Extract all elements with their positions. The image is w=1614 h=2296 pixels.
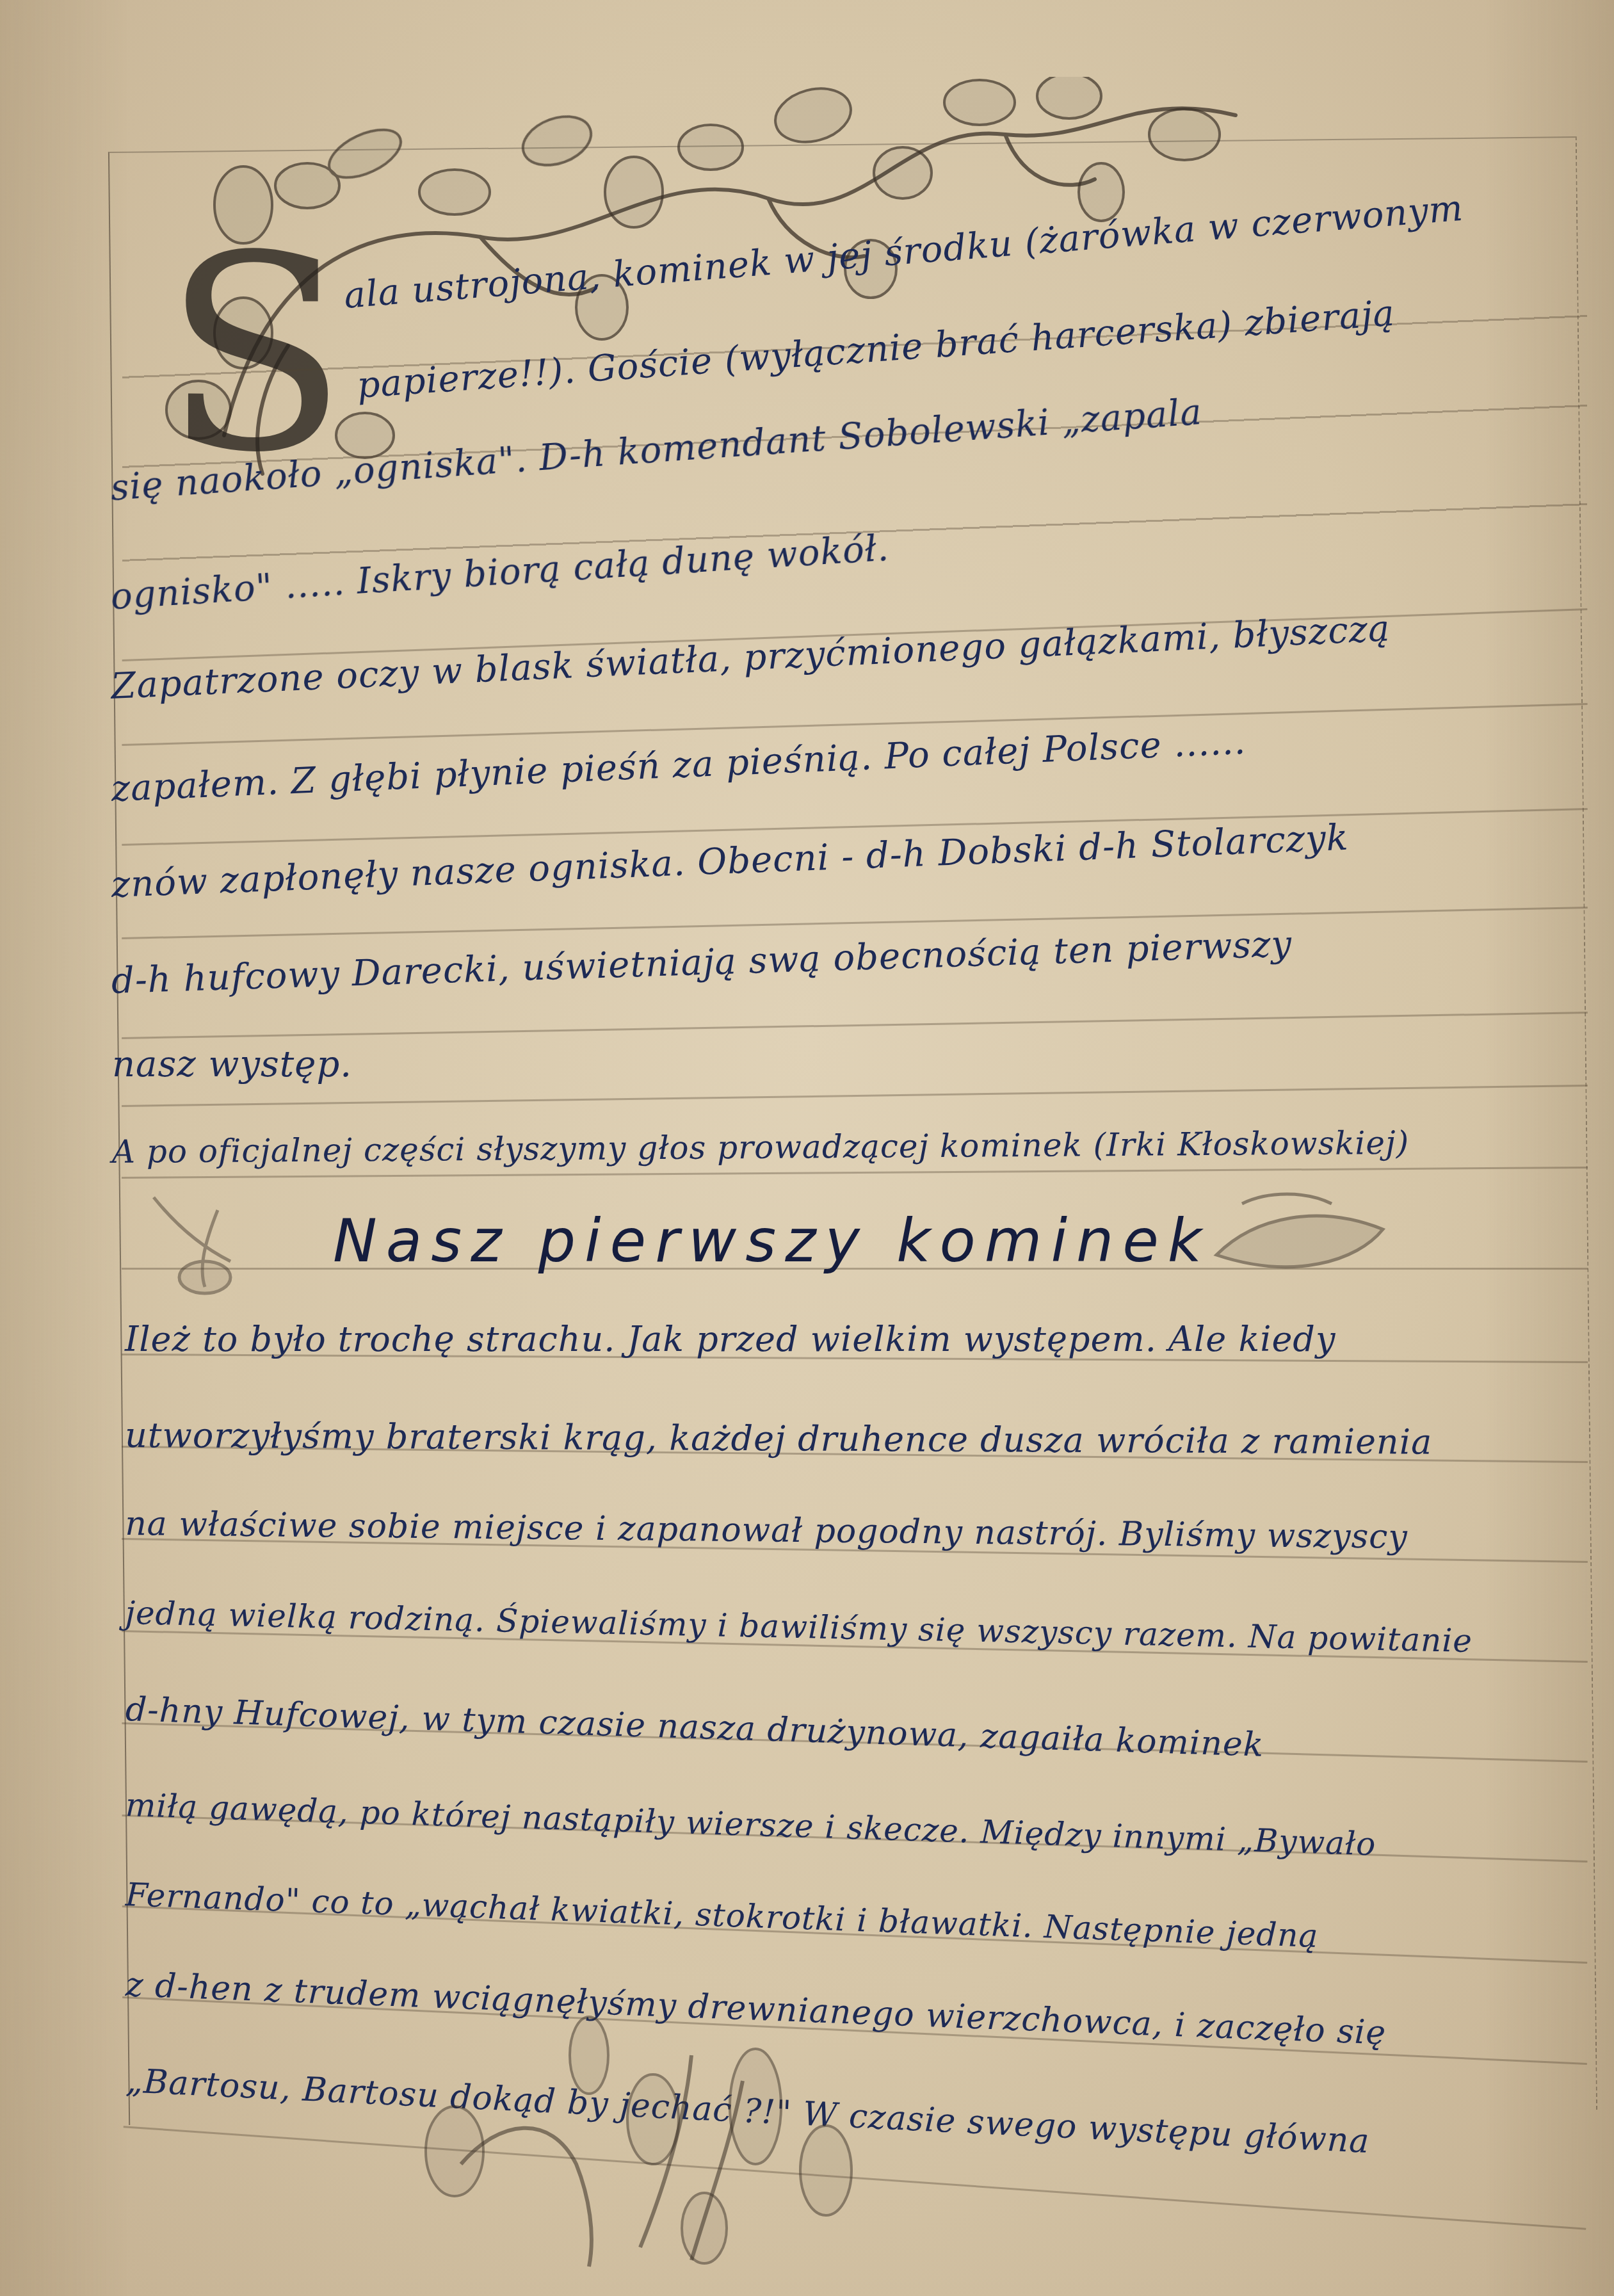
handwritten-line: Ileż to było trochę strachu. Jak przed w… — [125, 1319, 1336, 1359]
page-title: Nasz pierwszy kominek — [333, 1207, 1211, 1275]
notebook-page: S ala ustrojona, kominek w jej środku (ż… — [0, 0, 1614, 2296]
decorated-initial: S — [163, 221, 348, 490]
right-sketch-icon — [1204, 1178, 1408, 1306]
oak-sprig-ornament-icon — [384, 2004, 960, 2273]
handwritten-line: nasz występ. — [112, 1044, 352, 1085]
left-sketch-icon — [128, 1172, 295, 1300]
handwritten-line: utworzyłyśmy braterski krąg, każdej druh… — [125, 1415, 1432, 1462]
